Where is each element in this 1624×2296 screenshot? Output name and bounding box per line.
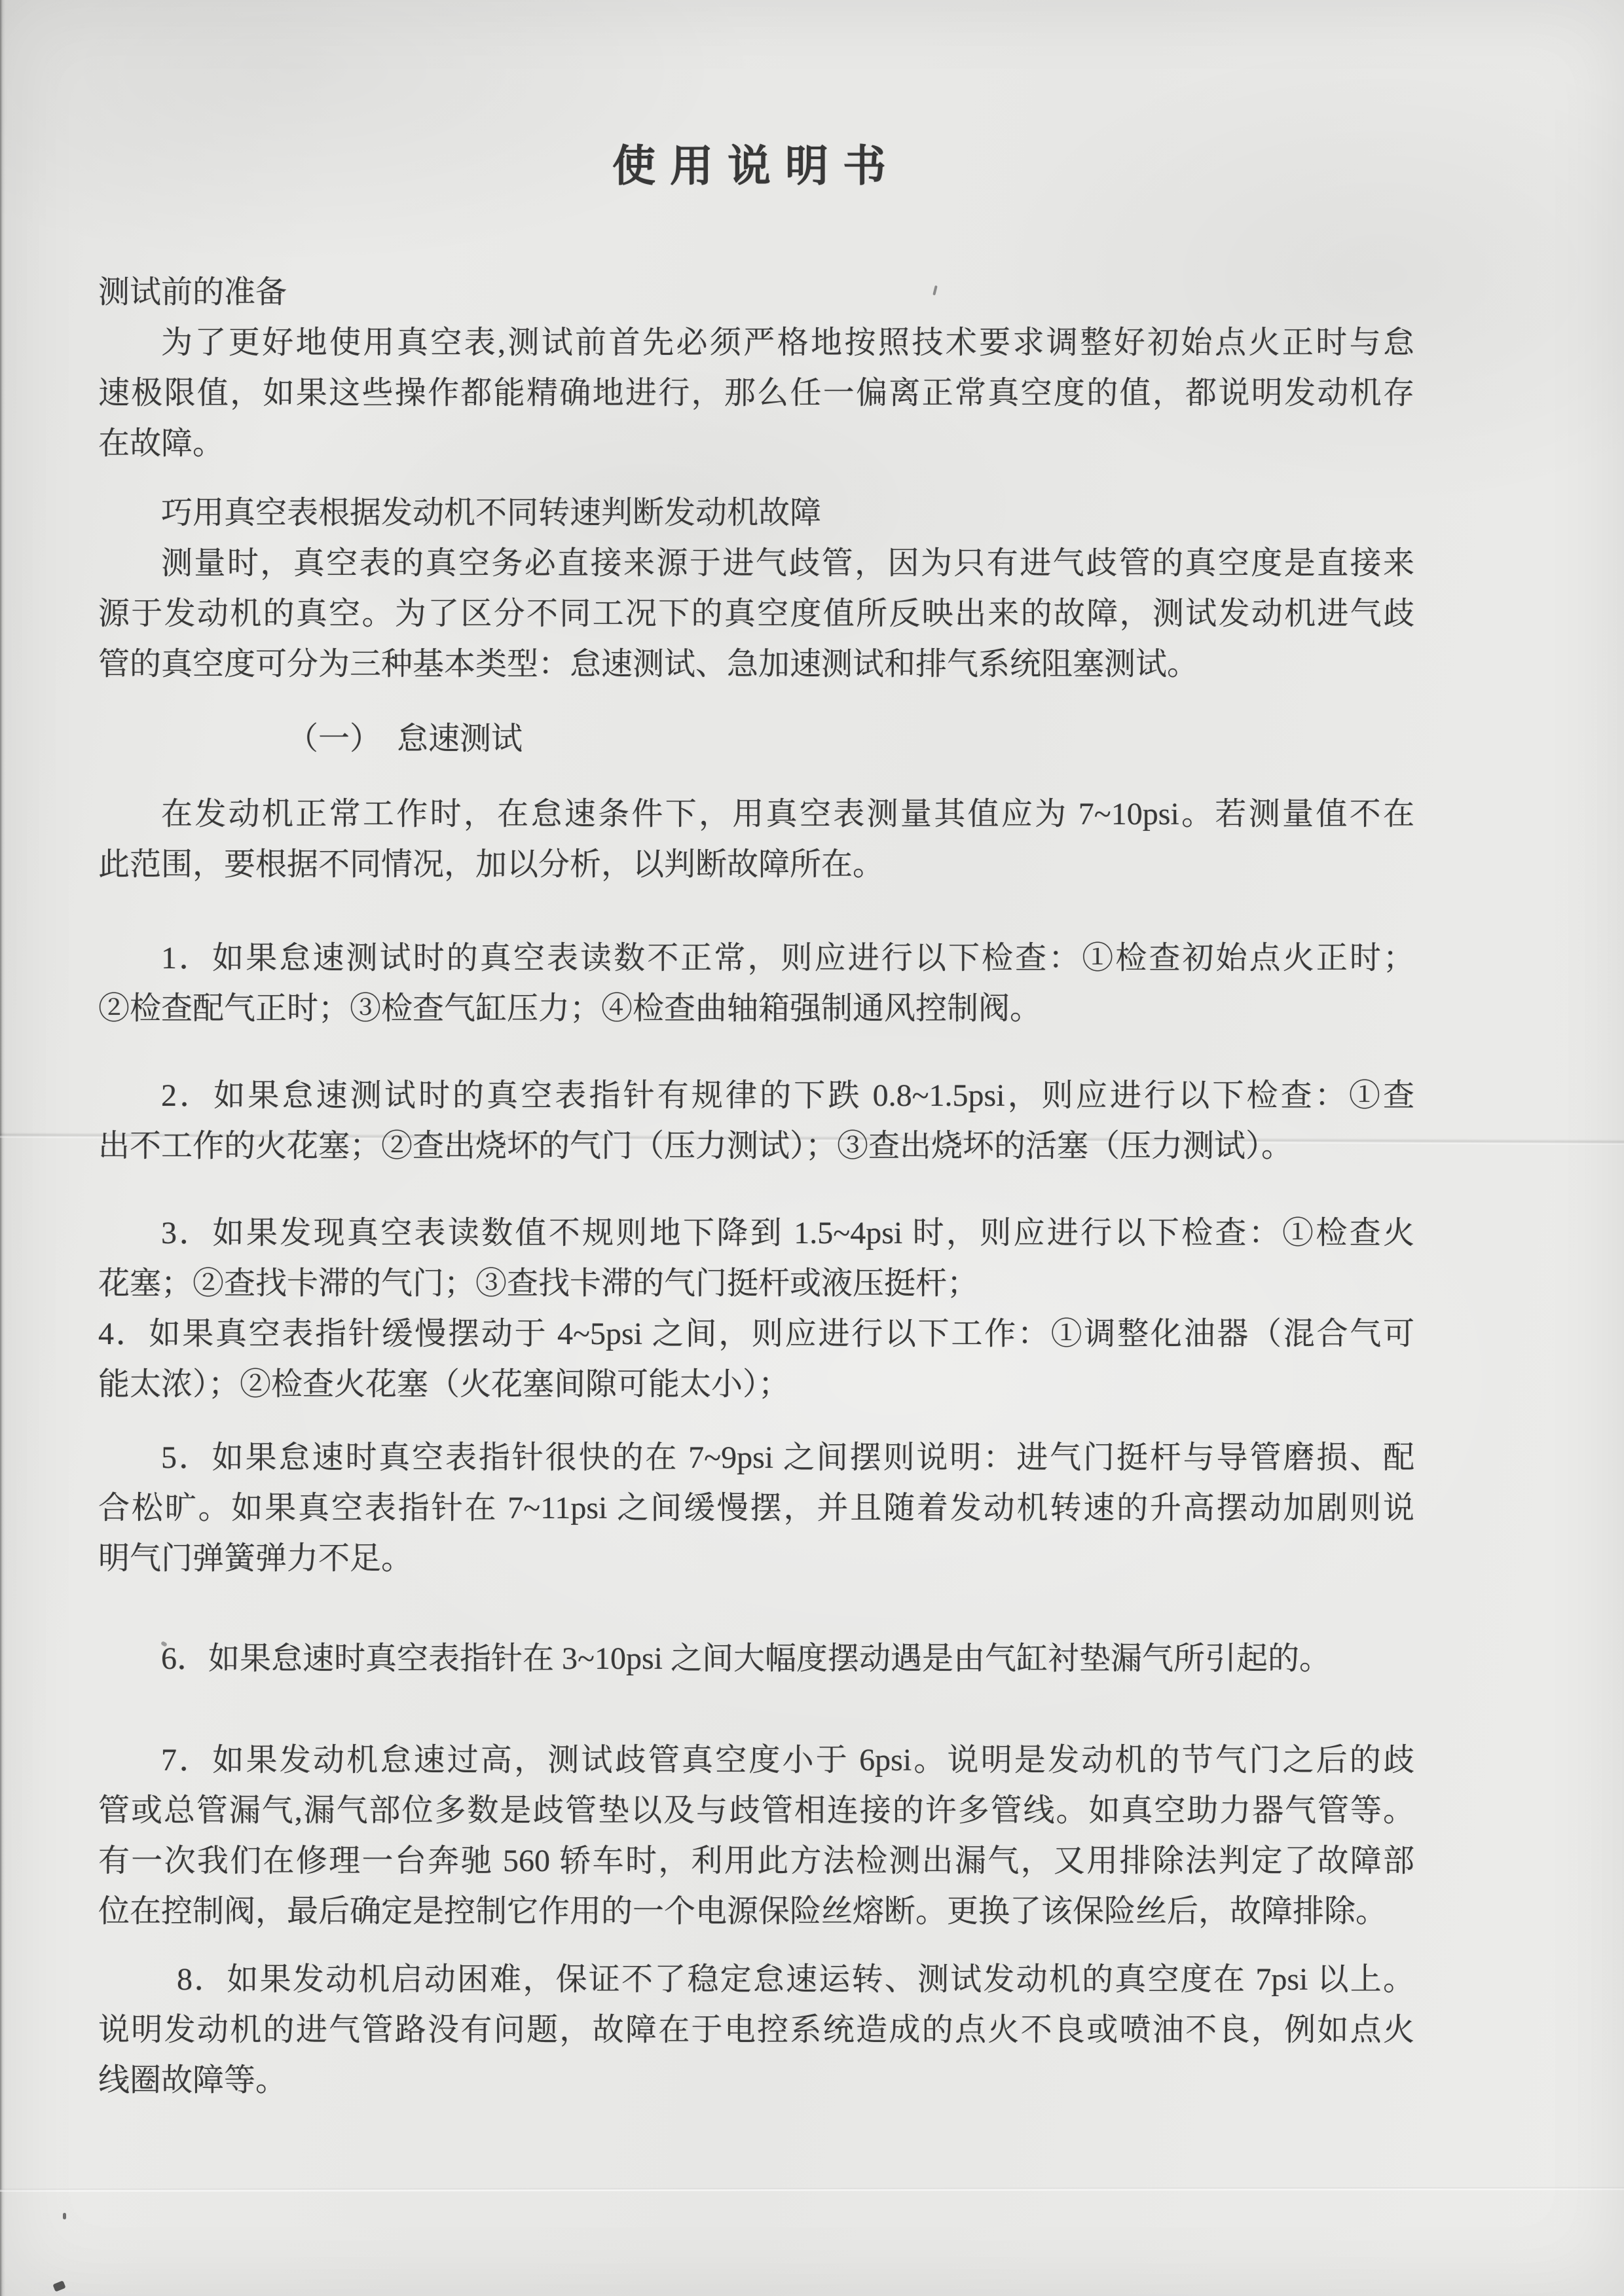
text-line: 测试前的准备 <box>98 267 1414 318</box>
method-paragraph: 测量时，真空表的真空务必直接来源于进气歧管，因为只有进气歧管的真空度是直接来源于… <box>98 538 1414 689</box>
item-8: 8．如果发动机启动困难，保证不了稳定怠速运转、测试发动机的真空度在 7psi 以… <box>98 1954 1414 2105</box>
paper-speck <box>52 2280 65 2291</box>
text-line: 位在控制阀，最后确定是控制它作用的一个电源保险丝熔断。更换了该保险丝后，故障排除… <box>98 1886 1414 1937</box>
text-line: 此范围，要根据不同情况，加以分析，以判断故障所在。 <box>98 839 1414 890</box>
page-title: 使用说明书 <box>98 145 1414 189</box>
item-3: 3．如果发现真空表读数值不规则地下降到 1.5~4psi 时，则应进行以下检查：… <box>98 1208 1414 1309</box>
text-line: 管或总管漏气,漏气部位多数是歧管垫以及与歧管相连接的许多管线。如真空助力器气管等… <box>98 1785 1414 1836</box>
scanned-page: 使用说明书 测试前的准备为了更好地使用真空表,测试前首先必须严格地按照技术要求调… <box>0 0 1624 2296</box>
text-line: 测量时，真空表的真空务必直接来源于进气歧管，因为只有进气歧管的真空度是直接来 <box>98 538 1414 589</box>
text-line: 7．如果发动机怠速过高，测试歧管真空度小于 6psi。说明是发动机的节气门之后的… <box>98 1735 1414 1785</box>
text-line: 5．如果怠速时真空表指针很快的在 7~9psi 之间摆则说明：进气门挺杆与导管磨… <box>98 1432 1414 1483</box>
method-heading: 巧用真空表根据发动机不同转速判断发动机故障 <box>98 488 1414 538</box>
text-line: 8．如果发动机启动困难，保证不了稳定怠速运转、测试发动机的真空度在 7psi 以… <box>98 1954 1414 2005</box>
prep-paragraph: 为了更好地使用真空表,测试前首先必须严格地按照技术要求调整好初始点火正时与怠速极… <box>98 318 1414 469</box>
text-line: （一） 怠速测试 <box>98 714 1414 764</box>
text-line: 管的真空度可分为三种基本类型：怠速测试、急加速测试和排气系统阻塞测试。 <box>98 639 1414 689</box>
text-line: 出不工作的火花塞；②查出烧坏的气门（压力测试）；③查出烧坏的活塞（压力测试）。 <box>98 1121 1414 1171</box>
text-line: 速极限值，如果这些操作都能精确地进行，那么任一偏离正常真空度的值，都说明发动机存 <box>98 368 1414 418</box>
text-line: 1．如果怠速测试时的真空表读数不正常，则应进行以下检查：①检查初始点火正时； <box>98 933 1414 983</box>
idle-test-intro: 在发动机正常工作时，在怠速条件下，用真空表测量其值应为 7~10psi。若测量值… <box>98 789 1414 890</box>
text-line: 3．如果发现真空表读数值不规则地下降到 1.5~4psi 时，则应进行以下检查：… <box>98 1208 1414 1258</box>
text-line: 源于发动机的真空。为了区分不同工况下的真空度值所反映出来的故障，测试发动机进气歧 <box>98 589 1414 639</box>
item-6: 6．如果怠速时真空表指针在 3~10psi 之间大幅度摆动遇是由气缸衬垫漏气所引… <box>98 1633 1414 1684</box>
scan-streak <box>0 2187 1624 2193</box>
item-4: 4．如果真空表指针缓慢摆动于 4~5psi 之间，则应进行以下工作：①调整化油器… <box>98 1309 1414 1410</box>
text-line: 在发动机正常工作时，在怠速条件下，用真空表测量其值应为 7~10psi。若测量值… <box>98 789 1414 839</box>
text-line: 线圈故障等。 <box>98 2055 1414 2105</box>
prep-heading: 测试前的准备 <box>98 267 1414 318</box>
text-line: 花塞；②查找卡滞的气门；③查找卡滞的气门挺杆或液压挺杆； <box>98 1258 1414 1309</box>
text-line: 6．如果怠速时真空表指针在 3~10psi 之间大幅度摆动遇是由气缸衬垫漏气所引… <box>98 1633 1414 1684</box>
document-content: 使用说明书 测试前的准备为了更好地使用真空表,测试前首先必须严格地按照技术要求调… <box>98 111 1414 2105</box>
item-5: 5．如果怠速时真空表指针很快的在 7~9psi 之间摆则说明：进气门挺杆与导管磨… <box>98 1432 1414 1584</box>
text-line: 说明发动机的进气管路没有问题，故障在于电控系统造成的点火不良或喷油不良，例如点火 <box>98 2005 1414 2055</box>
text-line: 4．如果真空表指针缓慢摆动于 4~5psi 之间，则应进行以下工作：①调整化油器… <box>98 1309 1414 1359</box>
text-line: ②检查配气正时；③检查气缸压力；④检查曲轴箱强制通风控制阀。 <box>98 983 1414 1034</box>
text-line: 能太浓）；②检查火花塞（火花塞间隙可能太小）； <box>98 1359 1414 1410</box>
document-body: 测试前的准备为了更好地使用真空表,测试前首先必须严格地按照技术要求调整好初始点火… <box>98 267 1414 2105</box>
text-line: 合松旷。如果真空表指针在 7~11psi 之间缓慢摆，并且随着发动机转速的升高摆… <box>98 1483 1414 1533</box>
item-1: 1．如果怠速测试时的真空表读数不正常，则应进行以下检查：①检查初始点火正时；②检… <box>98 933 1414 1034</box>
paper-speck <box>63 2213 66 2219</box>
text-line: 巧用真空表根据发动机不同转速判断发动机故障 <box>98 488 1414 538</box>
item-2: 2．如果怠速测试时的真空表指针有规律的下跌 0.8~1.5psi，则应进行以下检… <box>98 1070 1414 1171</box>
scanner-edge-shadow <box>0 0 5 2296</box>
item-7: 7．如果发动机怠速过高，测试歧管真空度小于 6psi。说明是发动机的节气门之后的… <box>98 1735 1414 1937</box>
text-line: 2．如果怠速测试时的真空表指针有规律的下跌 0.8~1.5psi，则应进行以下检… <box>98 1070 1414 1121</box>
text-line: 为了更好地使用真空表,测试前首先必须严格地按照技术要求调整好初始点火正时与怠 <box>98 318 1414 368</box>
text-line: 有一次我们在修理一台奔驰 560 轿车时，利用此方法检测出漏气，又用排除法判定了… <box>98 1836 1414 1886</box>
text-line: 明气门弹簧弹力不足。 <box>98 1533 1414 1584</box>
section-1-heading: （一） 怠速测试 <box>98 714 1414 764</box>
text-line: 在故障。 <box>98 418 1414 469</box>
